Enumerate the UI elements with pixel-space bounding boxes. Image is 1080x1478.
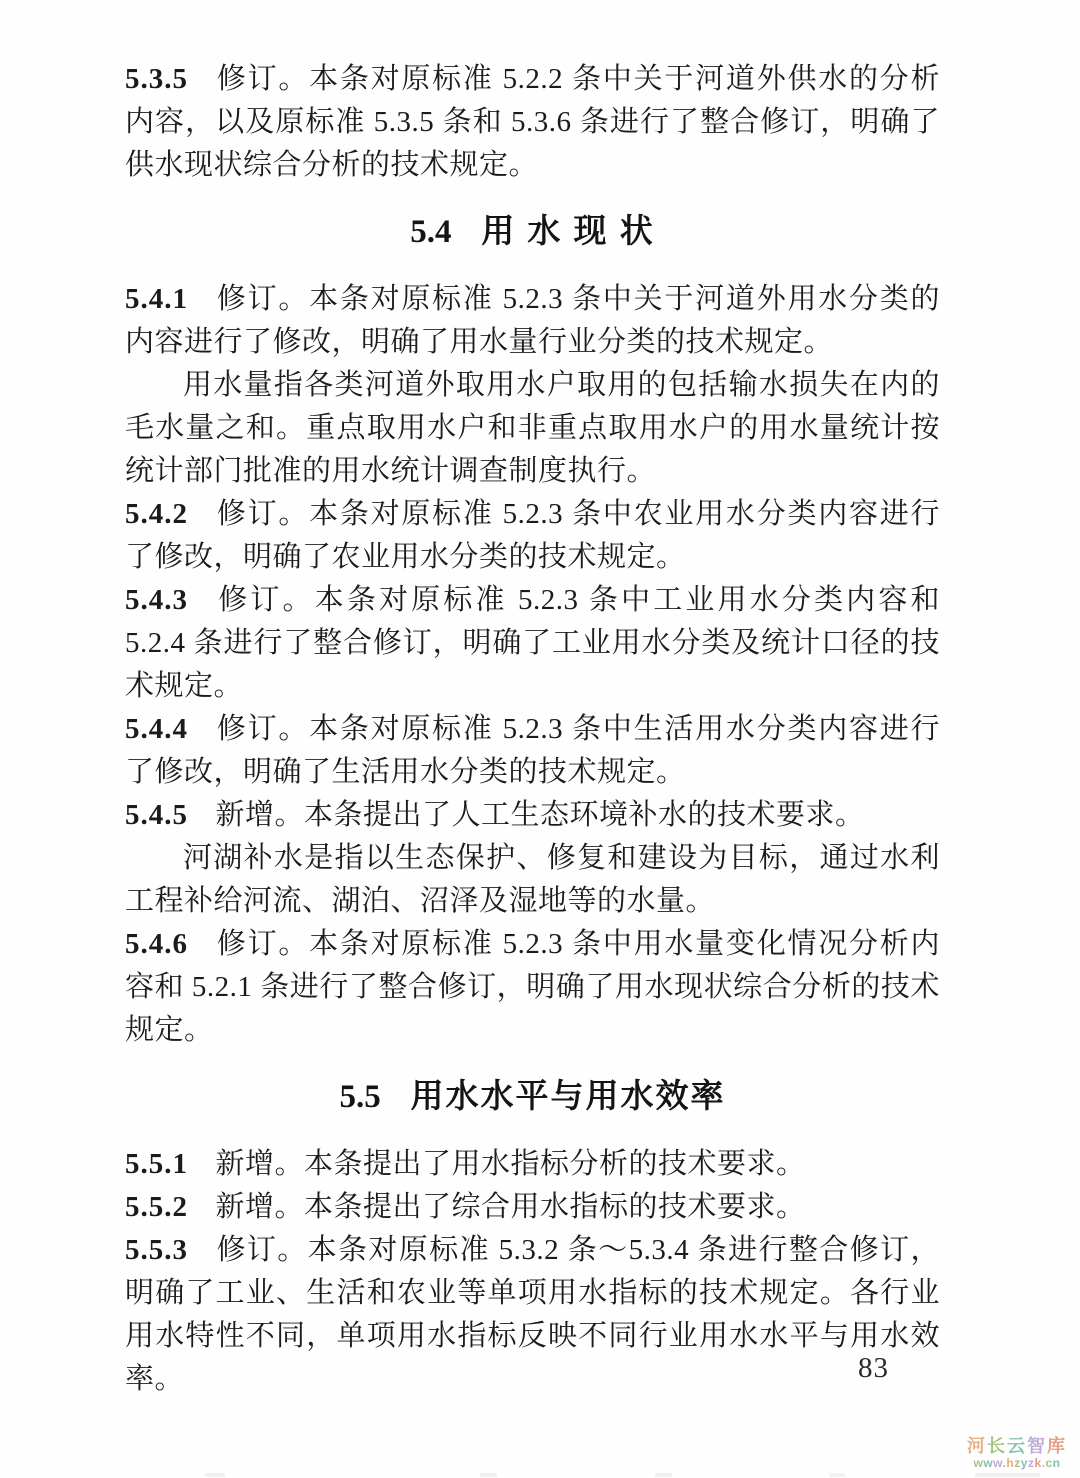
clause-paragraph: 5.4.2修订。本条对原标准 5.2.3 条中农业用水分类内容进行了修改，明确了… (125, 493, 940, 579)
clause-number: 5.4.5 (125, 799, 188, 831)
clause-number: 5.4.2 (125, 498, 188, 530)
heading-label: 用 水 现 状 (481, 212, 655, 249)
clause-text: 新增。本条提出了综合用水指标的技术要求。 (216, 1191, 806, 1223)
document-page: 5.3.5修订。本条对原标准 5.2.2 条中关于河道外供水的分析内容，以及原标… (0, 0, 1080, 1478)
watermark-title: 河长云智库 (967, 1437, 1067, 1457)
section-heading: 5.5用水水平与用水效率 (125, 1076, 940, 1117)
clause-text: 修订。本条对原标准 5.2.3 条中关于河道外用水分类的内容进行了修改，明确了用… (125, 283, 940, 358)
watermark-char: 库 (1047, 1436, 1067, 1456)
clause-text: 修订。本条对原标准 5.2.3 条中工业用水分类内容和 5.2.4 条进行了整合… (125, 584, 940, 702)
clause-number: 5.5.3 (125, 1234, 188, 1266)
clause-number: 5.4.1 (125, 283, 188, 315)
watermark-url-char: c (1045, 1456, 1052, 1470)
clause-text: 用水量指各类河道外取用水户取用的包括输水损失在内的毛水量之和。重点取用水户和非重… (125, 369, 940, 487)
watermark-url: www.hzyzk.cn (967, 1457, 1067, 1470)
clause-paragraph: 5.4.6修订。本条对原标准 5.2.3 条中用水量变化情况分析内容和 5.2.… (125, 923, 940, 1052)
watermark-char: 智 (1027, 1436, 1047, 1456)
clause-text: 修订。本条对原标准 5.2.3 条中用水量变化情况分析内容和 5.2.1 条进行… (125, 928, 940, 1046)
watermark-url-char: w (973, 1456, 983, 1470)
scan-artifact-strip (0, 1473, 1080, 1477)
watermark-url-char: w (993, 1456, 1002, 1470)
watermark-url-char: w (983, 1456, 993, 1470)
heading-label: 用水水平与用水效率 (410, 1077, 725, 1114)
clause-paragraph: 5.3.5修订。本条对原标准 5.2.2 条中关于河道外供水的分析内容，以及原标… (125, 58, 940, 187)
clause-number: 5.5.2 (125, 1191, 188, 1223)
clause-text: 修订。本条对原标准 5.2.3 条中生活用水分类内容进行了修改，明确了生活用水分… (125, 713, 940, 788)
heading-number: 5.5 (340, 1079, 381, 1115)
clause-number: 5.4.6 (125, 928, 188, 960)
clause-paragraph: 5.4.4修订。本条对原标准 5.2.3 条中生活用水分类内容进行了修改，明确了… (125, 708, 940, 794)
clause-text: 新增。本条提出了人工生态环境补水的技术要求。 (216, 799, 865, 831)
watermark-url-char: n (1053, 1456, 1061, 1470)
watermark-char: 河 (967, 1436, 987, 1456)
clause-paragraph: 5.5.2新增。本条提出了综合用水指标的技术要求。 (125, 1186, 940, 1229)
page-number: 83 (858, 1352, 889, 1385)
watermark-url-char: y (1021, 1456, 1028, 1470)
watermark-char: 长 (987, 1436, 1007, 1456)
section-heading: 5.4用 水 现 状 (125, 211, 940, 252)
clause-number: 5.4.4 (125, 713, 188, 745)
clause-text: 河湖补水是指以生态保护、修复和建设为目标，通过水利工程补给河流、湖泊、沼泽及湿地… (125, 842, 940, 917)
clause-text: 修订。本条对原标准 5.2.3 条中农业用水分类内容进行了修改，明确了农业用水分… (125, 498, 940, 573)
body-paragraph: 河湖补水是指以生态保护、修复和建设为目标，通过水利工程补给河流、湖泊、沼泽及湿地… (125, 837, 940, 923)
clause-paragraph: 5.4.3修订。本条对原标准 5.2.3 条中工业用水分类内容和 5.2.4 条… (125, 579, 940, 708)
clause-text: 修订。本条对原标准 5.3.2 条～5.3.4 条进行整合修订，明确了工业、生活… (125, 1234, 940, 1395)
clause-number: 5.3.5 (125, 63, 188, 95)
clause-paragraph: 5.5.1新增。本条提出了用水指标分析的技术要求。 (125, 1143, 940, 1186)
clause-text: 修订。本条对原标准 5.2.2 条中关于河道外供水的分析内容，以及原标准 5.3… (125, 63, 940, 181)
clause-paragraph: 5.4.5新增。本条提出了人工生态环境补水的技术要求。 (125, 794, 940, 837)
body-paragraph: 用水量指各类河道外取用水户取用的包括输水损失在内的毛水量之和。重点取用水户和非重… (125, 364, 940, 493)
clause-text: 新增。本条提出了用水指标分析的技术要求。 (216, 1148, 806, 1180)
watermark-url-char: k (1034, 1456, 1041, 1470)
watermark: 河长云智库 www.hzyzk.cn (967, 1437, 1067, 1470)
heading-number: 5.4 (410, 214, 451, 250)
clause-number: 5.4.3 (125, 584, 188, 616)
clause-paragraph: 5.4.1修订。本条对原标准 5.2.3 条中关于河道外用水分类的内容进行了修改… (125, 278, 940, 364)
watermark-char: 云 (1007, 1436, 1027, 1456)
clause-number: 5.5.1 (125, 1148, 188, 1180)
document-content: 5.3.5修订。本条对原标准 5.2.2 条中关于河道外供水的分析内容，以及原标… (125, 58, 940, 1401)
clause-paragraph: 5.5.3修订。本条对原标准 5.3.2 条～5.3.4 条进行整合修订，明确了… (125, 1229, 940, 1401)
